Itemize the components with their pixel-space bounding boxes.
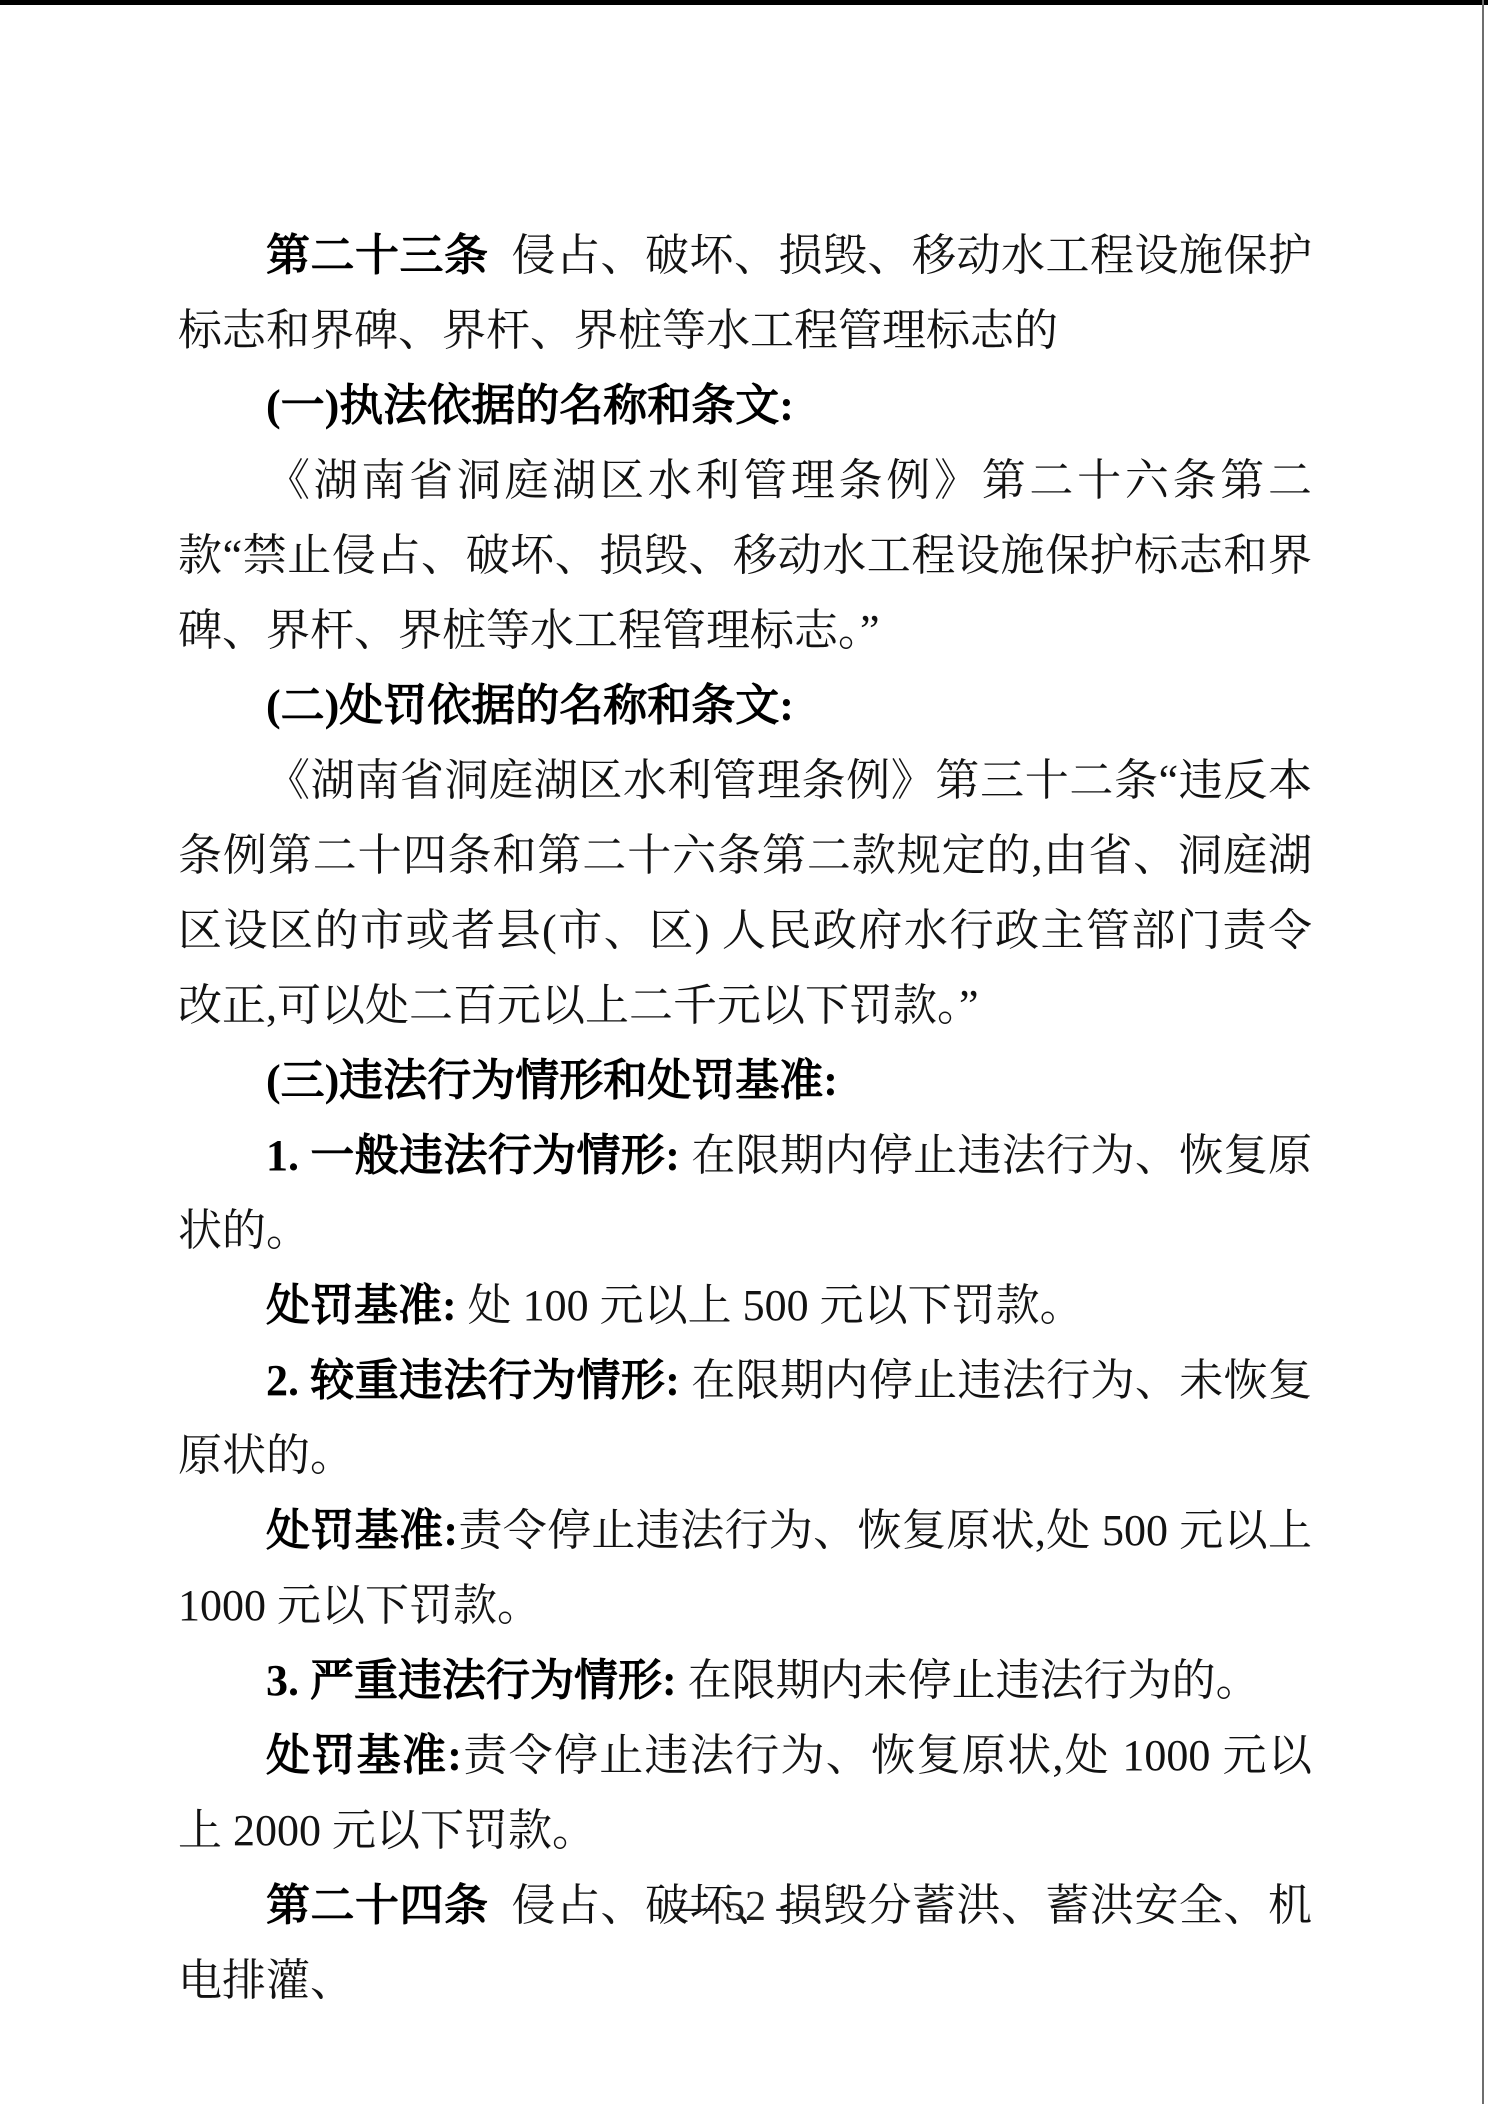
- bold-run: (三)违法行为情形和处罚基准:: [266, 1056, 838, 1105]
- bold-run: (二)处罚依据的名称和条文:: [266, 681, 794, 730]
- page-footer: — 52 —: [178, 1882, 1312, 1932]
- document-page: 第二十三条 侵占、破坏、损毁、移动水工程设施保护标志和界碑、界杆、界桩等水工程管…: [0, 0, 1488, 2104]
- paragraph: 《湖南省洞庭湖区水利管理条例》第二十六条第二款“禁止侵占、破坏、损毁、移动水工程…: [178, 443, 1312, 668]
- paragraph: (一)执法依据的名称和条文:: [178, 368, 1312, 443]
- bold-run: 3. 严重违法行为情形:: [266, 1656, 677, 1705]
- bold-run: 第二十三条: [266, 231, 489, 280]
- paragraph: (三)违法行为情形和处罚基准:: [178, 1043, 1312, 1118]
- paragraph: 3. 严重违法行为情形: 在限期内未停止违法行为的。: [178, 1643, 1312, 1718]
- paragraph: (二)处罚依据的名称和条文:: [178, 668, 1312, 743]
- bold-run: (一)执法依据的名称和条文:: [266, 381, 794, 430]
- text-run: 《湖南省洞庭湖区水利管理条例》第二十六条第二款“禁止侵占、破坏、损毁、移动水工程…: [178, 456, 1312, 655]
- bold-run: 1. 一般违法行为情形:: [266, 1131, 680, 1180]
- bold-run: 2. 较重违法行为情形:: [266, 1356, 680, 1405]
- text-run: 《湖南省洞庭湖区水利管理条例》第三十二条“违反本条例第二十四条和第二十六条第二款…: [178, 756, 1312, 1030]
- page-right-border: [1482, 0, 1484, 2104]
- bold-run: 处罚基准:: [266, 1281, 457, 1330]
- bold-run: 处罚基准:: [266, 1506, 458, 1555]
- paragraph: 处罚基准: 处 100 元以上 500 元以下罚款。: [178, 1268, 1312, 1343]
- page-number: — 52 —: [672, 1884, 819, 1930]
- bold-run: 处罚基准:: [266, 1731, 462, 1780]
- paragraph: 2. 较重违法行为情形: 在限期内停止违法行为、未恢复原状的。: [178, 1343, 1312, 1493]
- paragraph: 1. 一般违法行为情形: 在限期内停止违法行为、恢复原状的。: [178, 1118, 1312, 1268]
- text-run: 在限期内未停止违法行为的。: [677, 1656, 1260, 1705]
- paragraph: 《湖南省洞庭湖区水利管理条例》第三十二条“违反本条例第二十四条和第二十六条第二款…: [178, 743, 1312, 1043]
- page-top-border: [0, 0, 1488, 5]
- paragraph: 处罚基准:责令停止违法行为、恢复原状,处 1000 元以上 2000 元以下罚款…: [178, 1718, 1312, 1868]
- paragraph: 处罚基准:责令停止违法行为、恢复原状,处 500 元以上 1000 元以下罚款。: [178, 1493, 1312, 1643]
- document-body: 第二十三条 侵占、破坏、损毁、移动水工程设施保护标志和界碑、界杆、界桩等水工程管…: [178, 218, 1312, 2018]
- text-run: 处 100 元以上 500 元以下罚款。: [457, 1281, 1084, 1330]
- paragraph: 第二十三条 侵占、破坏、损毁、移动水工程设施保护标志和界碑、界杆、界桩等水工程管…: [178, 218, 1312, 368]
